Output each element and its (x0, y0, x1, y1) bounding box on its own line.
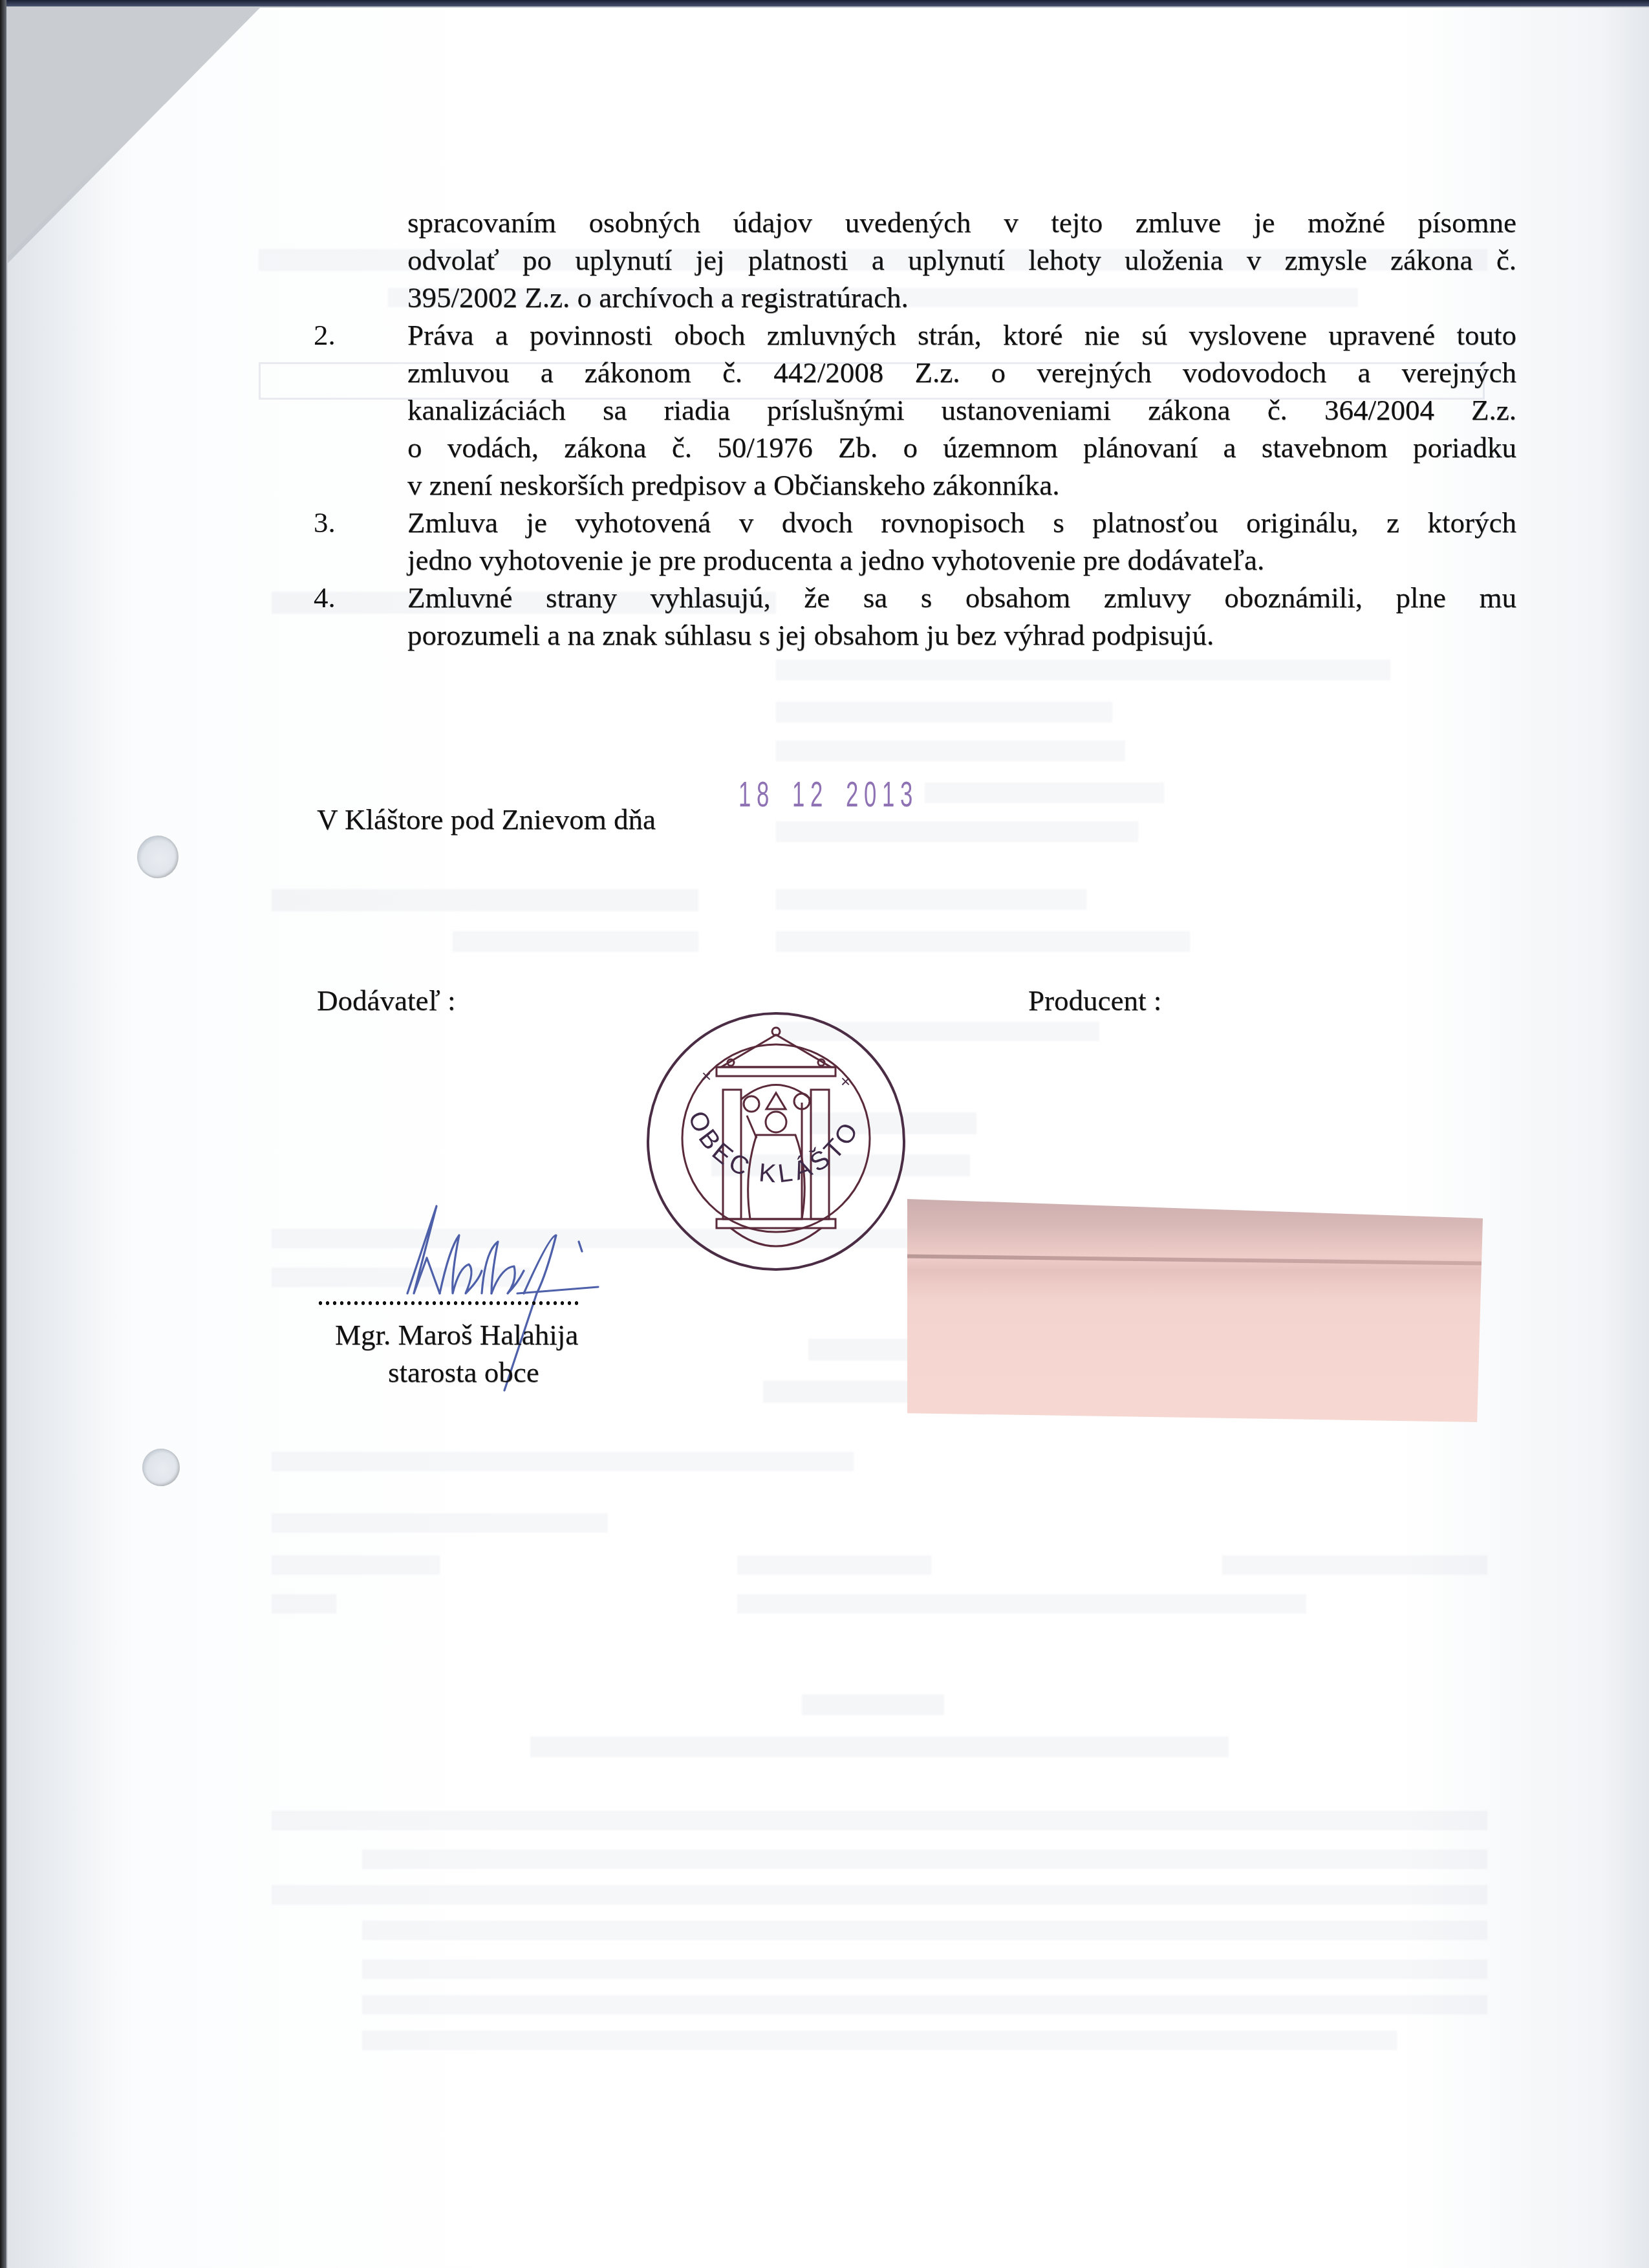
clause-line: zmluvou a zákonom č. 442/2008 Z.z. o ver… (407, 354, 1516, 391)
punch-hole (137, 836, 178, 878)
signatory-role: starosta obce (388, 1354, 539, 1391)
clause-line: jedno vyhotovenie je pre producenta a je… (407, 541, 1264, 579)
svg-text:×: × (702, 1066, 711, 1086)
date-stamp: 18 12 2013 (738, 773, 918, 815)
scanner-top-edge (0, 0, 1649, 6)
producer-label: Producent : (1028, 982, 1161, 1019)
clause-number: 4. (314, 579, 336, 616)
paragraph-line: 395/2002 Z.z. o archívoch a registratúra… (407, 279, 909, 316)
svg-text:×: × (841, 1072, 850, 1091)
municipal-seal-icon: × × OBEC KLÁŠTOR POD ZNIEVOM (640, 1006, 912, 1277)
punch-hole (142, 1449, 180, 1486)
redaction-sticky-note (907, 1199, 1483, 1422)
scanner-left-edge (0, 0, 6, 2268)
clause-line: v znení neskorších predpisov a Občianske… (407, 466, 1059, 504)
clause-number: 2. (314, 316, 336, 354)
clause-line: porozumeli a na znak súhlasu s jej obsah… (407, 616, 1214, 654)
signatory-name: Mgr. Maroš Halahija (335, 1316, 578, 1354)
place-line: V Kláštore pod Znievom dňa (317, 801, 656, 838)
clause-line: o vodách, zákona č. 50/1976 Zb. o územno… (407, 429, 1516, 466)
supplier-label: Dodávateľ : (317, 982, 455, 1019)
clause-number: 3. (314, 504, 336, 541)
paragraph-line: odvolať po uplynutí jej platnosti a uply… (407, 241, 1516, 279)
clause-line: Zmluvné strany vyhlasujú, že sa s obsaho… (407, 579, 1516, 616)
clause-line: Zmluva je vyhotovená v dvoch rovnopisoch… (407, 504, 1516, 541)
paragraph-line: spracovaním osobných údajov uvedených v … (407, 204, 1516, 241)
clause-line: kanalizáciách sa riadia príslušnými usta… (407, 391, 1516, 429)
signature-line (317, 1300, 579, 1306)
clause-line: Práva a povinnosti oboch zmluvných strán… (407, 316, 1516, 354)
